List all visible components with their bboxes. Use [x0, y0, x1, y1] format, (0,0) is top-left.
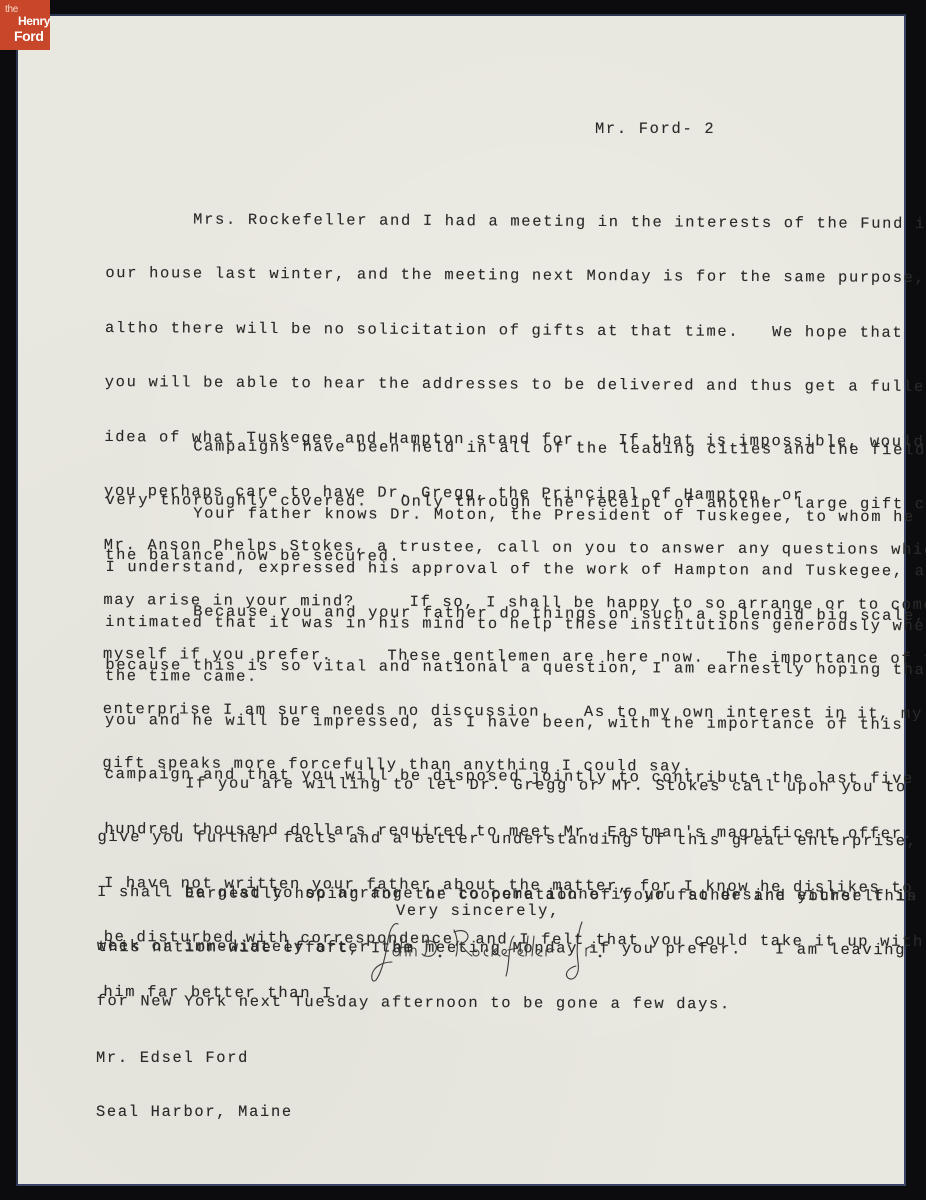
- logo-text-ford: Ford: [14, 29, 44, 43]
- recipient-address: Seal Harbor, Maine: [96, 1103, 293, 1121]
- logo-text-henry: Henry: [18, 15, 50, 27]
- text-line: altho there will be no solicitation of g…: [105, 319, 926, 343]
- recipient-name: Mr. Edsel Ford: [96, 1049, 293, 1067]
- text-line: If you are willing to let Dr. Gregg or M…: [98, 774, 918, 797]
- henry-ford-logo: the Henry Ford: [0, 0, 50, 50]
- text-line: Because you and your father do things on…: [106, 602, 926, 625]
- page-header: Mr. Ford- 2: [595, 120, 715, 138]
- handwritten-signature: John D. Rockefeller Jr.: [368, 918, 638, 988]
- text-line: Campaigns have been held in all of the l…: [106, 437, 926, 460]
- text-line: Your father knows Dr. Moton, the Preside…: [106, 504, 926, 527]
- text-line: because this is so vital and national a …: [105, 656, 926, 679]
- text-line: for New York next Tuesday afternoon to b…: [97, 992, 917, 1015]
- logo-text-the: the: [5, 5, 18, 15]
- text-line: you will be able to hear the addresses t…: [105, 373, 926, 397]
- text-line: you and he will be impressed, as I have …: [105, 711, 926, 734]
- text-line: Mrs. Rockefeller and I had a meeting in …: [106, 210, 926, 234]
- recipient-block: Mr. Edsel Ford Seal Harbor, Maine: [96, 1013, 293, 1140]
- text-line: our house last winter, and the meeting n…: [105, 264, 926, 288]
